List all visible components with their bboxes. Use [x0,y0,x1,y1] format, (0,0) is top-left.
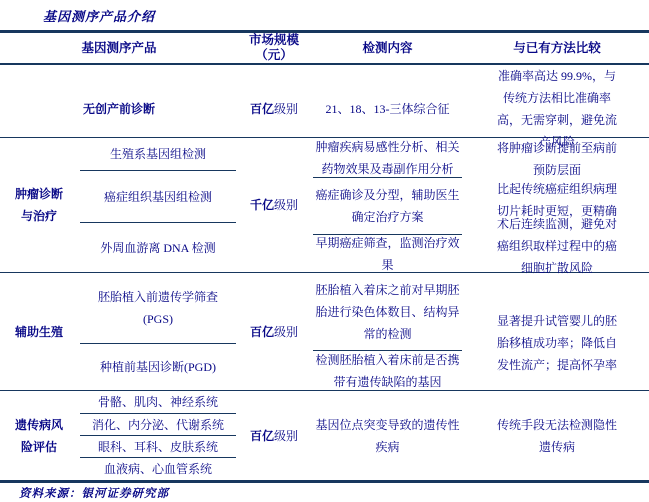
tumor-comparison-1: 将肿瘤诊断提前至病前预防层面 [465,138,649,179]
genetic-category: 遗传病风 险评估 [0,391,78,480]
source-row: 资料来源：银河证券研究部 [0,483,649,502]
tumor-category-line2: 与治疗 [21,205,57,227]
nipt-market-unit: 级别 [274,98,298,120]
section-nipt: 无创产前诊断 百亿级别 21、18、13-三体综合征 准确率高达 99.9%，与… [0,65,649,137]
repro-content-2: 检测胚胎植入着床前是否携带有遗传缺陷的基因 [313,351,462,390]
tumor-content-column: 肿瘤疾病易感性分析、相关药物效果及毒副作用分析 癌症确诊及分型，辅助医生确定治疗… [310,138,465,272]
genetic-market: 百亿级别 [238,391,310,480]
col-header-content: 检测内容 [310,33,465,63]
tumor-product-1: 生殖系基因组检测 [80,138,236,171]
tumor-comparison-column: 将肿瘤诊断提前至病前预防层面 比起传统癌症组织病理切片耗时更短，更精确 术后连续… [465,138,649,272]
col-header-market-line2: （元） [255,48,293,63]
table-header: 基因测序产品 市场规模 （元） 检测内容 与已有方法比较 [0,33,649,63]
tumor-content-1: 肿瘤疾病易感性分析、相关药物效果及毒副作用分析 [313,138,462,178]
repro-category: 辅助生殖 [0,273,78,390]
genetic-content: 基因位点突变导致的遗传性疾病 [310,391,465,480]
tumor-category-line1: 肿瘤诊断 [15,183,63,205]
tumor-product-3: 外周血游离 DNA 检测 [80,223,236,272]
col-header-market-line1: 市场规模 [249,33,299,48]
genetic-product-2: 消化、内分泌、代谢系统 [80,414,236,436]
tumor-category: 肿瘤诊断 与治疗 [0,138,78,272]
source-note: 资料来源：银河证券研究部 [19,485,169,501]
genetic-market-scale: 百亿 [250,425,274,447]
tumor-market: 千亿级别 [238,138,310,272]
genetic-comparison: 传统手段无法检测隐性遗传病 [465,391,649,480]
section-repro: 辅助生殖 胚胎植入前遗传学筛查 (PGS) 种植前基因诊断(PGD) 百亿级别 … [0,273,649,390]
genetic-product-3: 眼科、耳科、皮肤系统 [80,436,236,458]
col-header-product: 基因测序产品 [0,33,238,63]
report-table-page: 基因测序产品介绍 基因测序产品 市场规模 （元） 检测内容 与已有方法比较 无创… [0,0,649,502]
repro-comparison: 显著提升试管婴儿的胚胎移植成功率；降低自发性流产；提高怀孕率 [465,273,649,390]
tumor-content-3: 早期癌症筛查，监测治疗效果 [313,235,462,272]
repro-product-column: 胚胎植入前遗传学筛查 (PGS) 种植前基因诊断(PGD) [78,273,238,390]
genetic-category-line1: 遗传病风 [15,414,63,436]
section-genetic: 遗传病风 险评估 骨骼、肌肉、神经系统 消化、内分泌、代谢系统 眼科、耳科、皮肤… [0,391,649,480]
tumor-product-2: 癌症组织基因组检测 [80,171,236,223]
genetic-category-line2: 险评估 [21,436,57,458]
col-header-comparison: 与已有方法比较 [465,33,649,63]
section-tumor: 肿瘤诊断 与治疗 生殖系基因组检测 癌症组织基因组检测 外周血游离 DNA 检测… [0,138,649,272]
tumor-comparison-3: 术后连续监测，避免对癌组织取样过程中的癌细胞扩散风险 [465,220,649,272]
nipt-market-scale: 百亿 [250,98,274,120]
repro-market-unit: 级别 [274,321,298,343]
repro-content-column: 胚胎植入着床之前对早期胚胎进行染色体数目、结构异常的检测 检测胚胎植入着床前是否… [310,273,465,390]
title-row: 基因测序产品介绍 [0,0,649,30]
genetic-product-4: 血液病、心血管系统 [80,458,236,480]
repro-product-2: 种植前基因诊断(PGD) [80,344,236,390]
repro-content-1: 胚胎植入着床之前对早期胚胎进行染色体数目、结构异常的检测 [313,273,462,351]
repro-market-scale: 百亿 [250,321,274,343]
tumor-content-2: 癌症确诊及分型，辅助医生确定治疗方案 [313,178,462,235]
tumor-market-unit: 级别 [274,194,298,216]
table-title: 基因测序产品介绍 [43,6,155,25]
repro-market: 百亿级别 [238,273,310,390]
repro-product-1: 胚胎植入前遗传学筛查 (PGS) [80,273,236,344]
tumor-market-scale: 千亿 [250,194,274,216]
tumor-product-column: 生殖系基因组检测 癌症组织基因组检测 外周血游离 DNA 检测 [78,138,238,272]
col-header-market: 市场规模 （元） [238,33,310,63]
genetic-market-unit: 级别 [274,425,298,447]
genetic-product-1: 骨骼、肌肉、神经系统 [80,391,236,414]
genetic-product-column: 骨骼、肌肉、神经系统 消化、内分泌、代谢系统 眼科、耳科、皮肤系统 血液病、心血… [78,391,238,480]
